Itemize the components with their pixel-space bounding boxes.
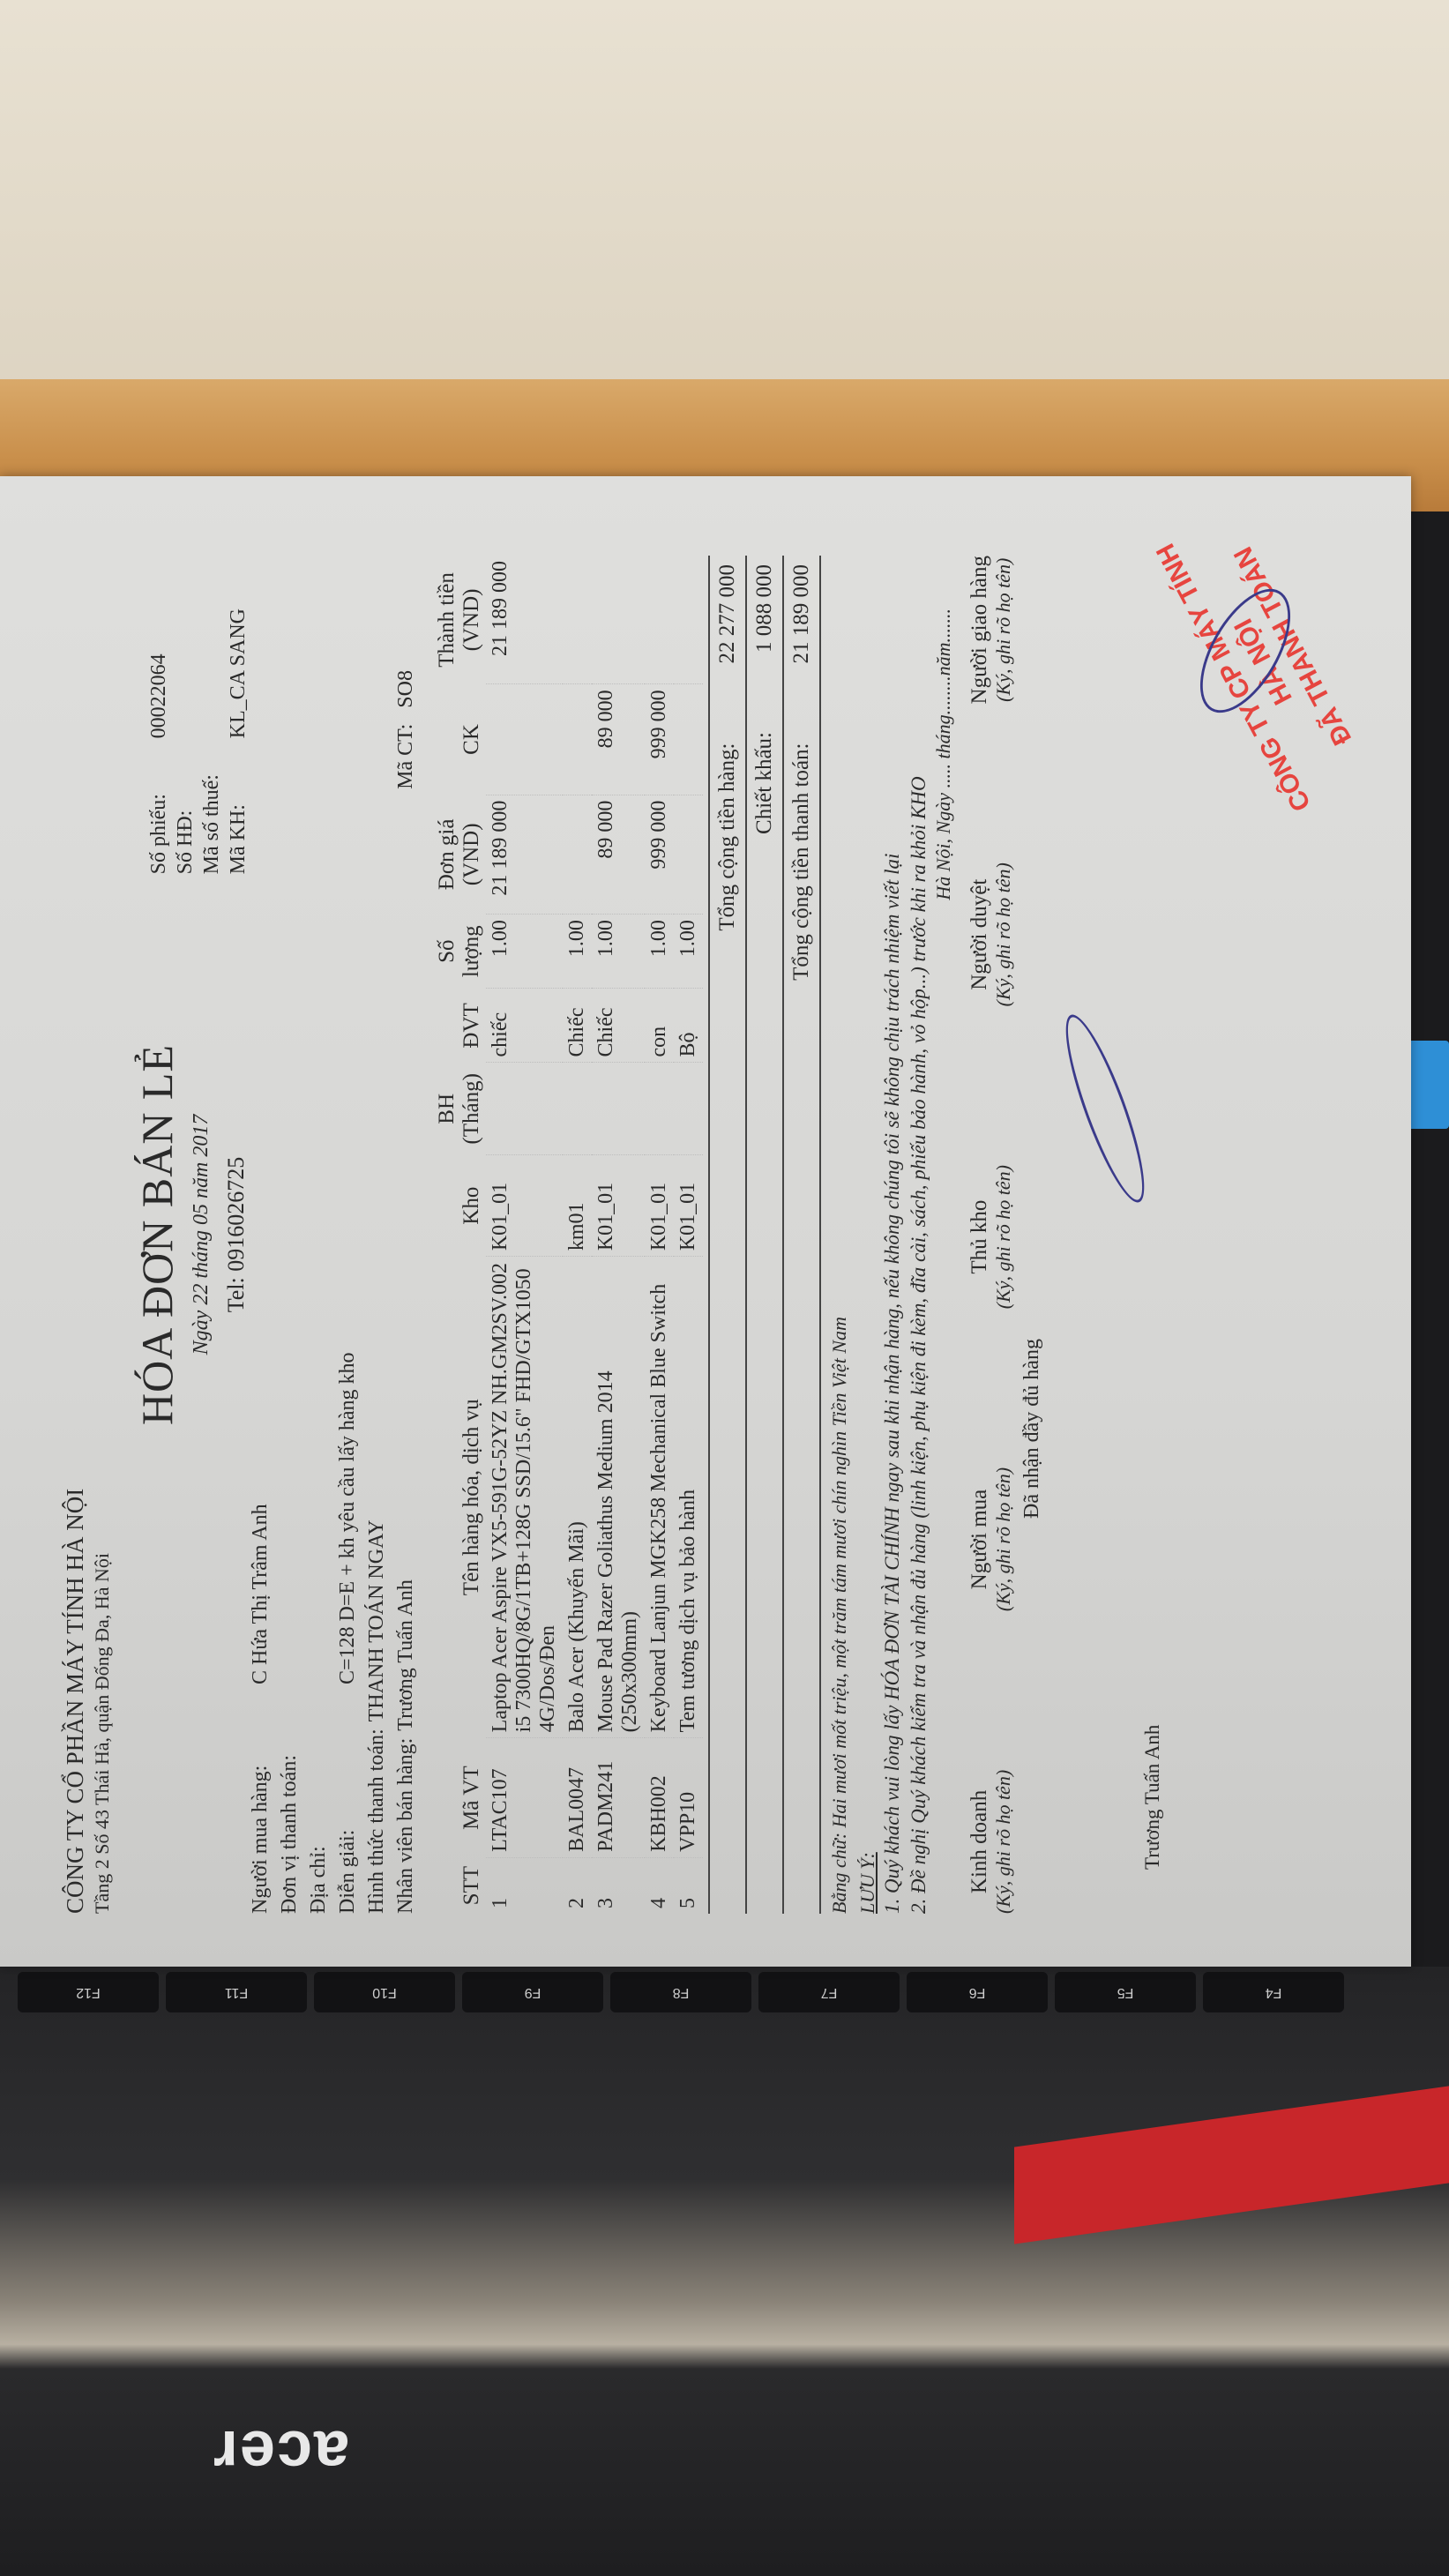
meta-value: 00022064 xyxy=(146,653,172,738)
fkey: F8 xyxy=(610,1972,751,2012)
cell-stt: 5 xyxy=(674,1857,703,1914)
cell-ck xyxy=(674,684,703,795)
cell-bh xyxy=(645,1063,674,1155)
staff-value: Trương Tuấn Anh xyxy=(392,1579,421,1731)
discount-label: Chiết khấu: xyxy=(752,732,777,834)
meta-label: Số HĐ: xyxy=(172,759,198,874)
cell-total xyxy=(592,556,645,684)
cell-total xyxy=(645,556,674,684)
cell-name: Keyboard Lanjun MGK258 Mechanical Blue S… xyxy=(645,1257,674,1738)
col-price: Đơn giá (VND) xyxy=(433,795,486,915)
cell-stt: 1 xyxy=(486,1857,563,1914)
discount-value: 1 088 000 xyxy=(752,564,777,653)
col-dvt: ĐVT xyxy=(433,989,486,1063)
fkey: F12 xyxy=(18,1972,159,2012)
col-ck: CK xyxy=(433,684,486,795)
table-row: 4KBH002Keyboard Lanjun MGK258 Mechanical… xyxy=(645,556,674,1914)
cell-name: Tem tương dịch vụ bảo hành xyxy=(674,1257,703,1738)
table-header: STT Mã VT Tên hàng hóa, dịch vụ Kho BH (… xyxy=(433,556,486,1914)
cell-code: PADM241 xyxy=(592,1738,645,1858)
cell-ck xyxy=(486,684,563,795)
cell-bh xyxy=(563,1063,592,1155)
fkey: F10 xyxy=(314,1972,455,2012)
signature-hint: (Ký, ghi rõ họ tên) xyxy=(992,1770,1015,1914)
info-label: Diễn giải: xyxy=(333,1684,362,1914)
cell-qty: 1.00 xyxy=(592,915,645,989)
col-bh: BH (Tháng) xyxy=(433,1063,486,1155)
cell-kho: km01 xyxy=(563,1155,592,1257)
cell-qty: 1.00 xyxy=(645,915,674,989)
cell-dvt: chiếc xyxy=(486,989,563,1063)
cell-bh xyxy=(592,1063,645,1155)
company-name: CÔNG TY CỔ PHẦN MÁY TÍNH HÀ NỘI xyxy=(62,556,89,1914)
cell-code: VPP10 xyxy=(674,1738,703,1858)
cell-stt: 3 xyxy=(592,1857,645,1914)
payment-label: Hình thức thanh toán: xyxy=(362,1729,392,1914)
table-row: 1LTAC107Laptop Acer Aspire VX5-591G-52YZ… xyxy=(486,556,563,1914)
signature-role: Thủ kho xyxy=(967,1165,992,1309)
signature-hint: (Ký, ghi rõ họ tên) xyxy=(992,556,1015,704)
cell-ck: 89 000 xyxy=(592,684,645,795)
received-note: Đã nhận đầy đủ hàng xyxy=(1020,556,1044,2302)
cell-price xyxy=(563,795,592,915)
fkey: F11 xyxy=(166,1972,307,2012)
meta-label: Mã số thuế: xyxy=(198,759,225,874)
cell-total xyxy=(674,556,703,684)
col-qty: Số lượng xyxy=(433,915,486,989)
cell-bh xyxy=(674,1063,703,1155)
cell-ck: 999 000 xyxy=(645,684,674,795)
info-label: Địa chỉ: xyxy=(304,1684,333,1914)
cell-total: 21 189 000 xyxy=(486,556,563,684)
cell-stt: 4 xyxy=(645,1857,674,1914)
signature-row: Kinh doanh(Ký, ghi rõ họ tên) Người mua(… xyxy=(967,556,1015,1914)
meta-label: Mã KH: xyxy=(225,759,251,874)
cell-qty: 1.00 xyxy=(674,915,703,989)
cell-name: Laptop Acer Aspire VX5-591G-52YZ NH.GM2S… xyxy=(486,1257,563,1738)
invoice-paper: CÔNG TY CỔ PHẦN MÁY TÍNH HÀ NỘI Tầng 2 S… xyxy=(0,476,1411,1967)
col-kho: Kho xyxy=(433,1155,486,1257)
cell-name: Mouse Pad Razer Goliathus Medium 2014 (2… xyxy=(592,1257,645,1738)
cell-price: 21 189 000 xyxy=(486,795,563,915)
cell-kho: K01_01 xyxy=(486,1155,563,1257)
ma-ct-value: SO8 xyxy=(394,670,417,708)
info-value: C=128 D=E + kh yêu cầu lấy hàng kho xyxy=(333,1352,362,1684)
staff-label: Nhân viên bán hàng: xyxy=(392,1738,421,1914)
cell-total xyxy=(563,556,592,684)
signature-hint: (Ký, ghi rõ họ tên) xyxy=(992,1467,1015,1611)
signature-role: Người mua xyxy=(967,1467,992,1611)
fkey: F4 xyxy=(1203,1972,1344,2012)
cell-price: 89 000 xyxy=(592,795,645,915)
meta-value: KL_CA SANG xyxy=(225,609,251,738)
notes-title: LƯU Ý: xyxy=(856,556,879,1914)
grand-total-label: Tổng cộng tiền thanh toán: xyxy=(789,743,814,981)
totals-block: Tổng cộng tiền hàng:22 277 000 Chiết khấ… xyxy=(708,556,821,1914)
cell-stt: 2 xyxy=(563,1857,592,1914)
cell-name: Balo Acer (Khuyến Mãi) xyxy=(563,1257,592,1738)
signature-block: Người duyệt(Ký, ghi rõ họ tên) xyxy=(967,862,1015,1006)
cell-kho: K01_01 xyxy=(592,1155,645,1257)
signature-block: Thủ kho(Ký, ghi rõ họ tên) xyxy=(967,1165,1015,1309)
cell-qty: 1.00 xyxy=(486,915,563,989)
background-wall xyxy=(0,0,1449,397)
col-name: Tên hàng hóa, dịch vụ xyxy=(433,1257,486,1738)
cell-price xyxy=(674,795,703,915)
cell-ck xyxy=(563,684,592,795)
signature-role: Người giao hàng xyxy=(967,556,992,704)
table-row: 5VPP10Tem tương dịch vụ bảo hànhK01_01Bộ… xyxy=(674,556,703,1914)
signature-role: Người duyệt xyxy=(967,862,992,1006)
total-label: Tổng cộng tiền hàng: xyxy=(715,743,740,931)
cell-dvt: Chiếc xyxy=(563,989,592,1063)
total-value: 22 277 000 xyxy=(715,564,740,664)
function-key-row: F12 F11 F10 F9 F8 F7 F6 F5 F4 xyxy=(0,1967,1449,2028)
info-label: Đơn vị thanh toán: xyxy=(275,1684,304,1914)
cell-qty: 1.00 xyxy=(563,915,592,989)
acer-logo: acer xyxy=(212,2416,349,2489)
seller-name: Trương Tuấn Anh xyxy=(1141,556,1164,1870)
cell-bh xyxy=(486,1063,563,1155)
payment-value: THANH TOÁN NGAY xyxy=(362,1519,392,1721)
ma-ct-label: Mã CT: xyxy=(394,724,417,789)
note-item: 1. Quý khách vui lòng lấy HÓA ĐƠN TÀI CH… xyxy=(879,556,906,1914)
signature-hint: (Ký, ghi rõ họ tên) xyxy=(992,1165,1015,1309)
cell-dvt: Chiếc xyxy=(592,989,645,1063)
ma-ct: Mã CT: SO8 xyxy=(392,670,421,789)
meta-label: Số phiếu: xyxy=(146,759,172,874)
fkey: F7 xyxy=(758,1972,900,2012)
signature-block: Người giao hàng(Ký, ghi rõ họ tên) xyxy=(967,556,1015,704)
cell-kho: K01_01 xyxy=(645,1155,674,1257)
cell-price: 999 000 xyxy=(645,795,674,915)
cell-code: LTAC107 xyxy=(486,1738,563,1858)
cell-code: KBH002 xyxy=(645,1738,674,1858)
note-item: 2. Đề nghị Quý khách kiểm tra và nhận đủ… xyxy=(906,556,932,1914)
invoice-meta: Số phiếu:00022064 Số HĐ: Mã số thuế: Mã … xyxy=(146,609,251,874)
cell-code: BAL0047 xyxy=(563,1738,592,1858)
signature-block: Kinh doanh(Ký, ghi rõ họ tên) xyxy=(967,1770,1015,1914)
grand-total-value: 21 189 000 xyxy=(789,564,814,664)
table-row: 2BAL0047Balo Acer (Khuyến Mãi)km01Chiếc1… xyxy=(563,556,592,1914)
signature-role: Kinh doanh xyxy=(967,1770,992,1914)
col-stt: STT xyxy=(433,1857,486,1914)
cell-kho: K01_01 xyxy=(674,1155,703,1257)
cell-dvt: con xyxy=(645,989,674,1063)
signature-block: Người mua(Ký, ghi rõ họ tên) xyxy=(967,1467,1015,1611)
customer-info: Người mua hàng:C Hứa Thị Trâm Anh Đơn vị… xyxy=(246,556,421,1914)
items-table: STT Mã VT Tên hàng hóa, dịch vụ Kho BH (… xyxy=(433,556,703,1914)
company-address: Tầng 2 Số 43 Thái Hà, quận Đống Đa, Hà N… xyxy=(91,556,114,1914)
cell-dvt: Bộ xyxy=(674,989,703,1063)
table-row: 3PADM241Mouse Pad Razer Goliathus Medium… xyxy=(592,556,645,1914)
fkey: F9 xyxy=(462,1972,603,2012)
col-code: Mã VT xyxy=(433,1738,486,1858)
signature-hint: (Ký, ghi rõ họ tên) xyxy=(992,862,1015,1006)
amount-in-words: Bằng chữ: Hai mươi mốt triệu, một trăm t… xyxy=(828,556,851,1914)
place-date: Hà Nội, Ngày ..... tháng........năm.....… xyxy=(932,609,955,1914)
col-total: Thành tiền (VND) xyxy=(433,556,486,684)
invoice-photo: CÔNG TY CỔ PHẦN MÁY TÍNH HÀ NỘI Tầng 2 S… xyxy=(0,476,1411,1967)
fkey: F5 xyxy=(1055,1972,1196,2012)
